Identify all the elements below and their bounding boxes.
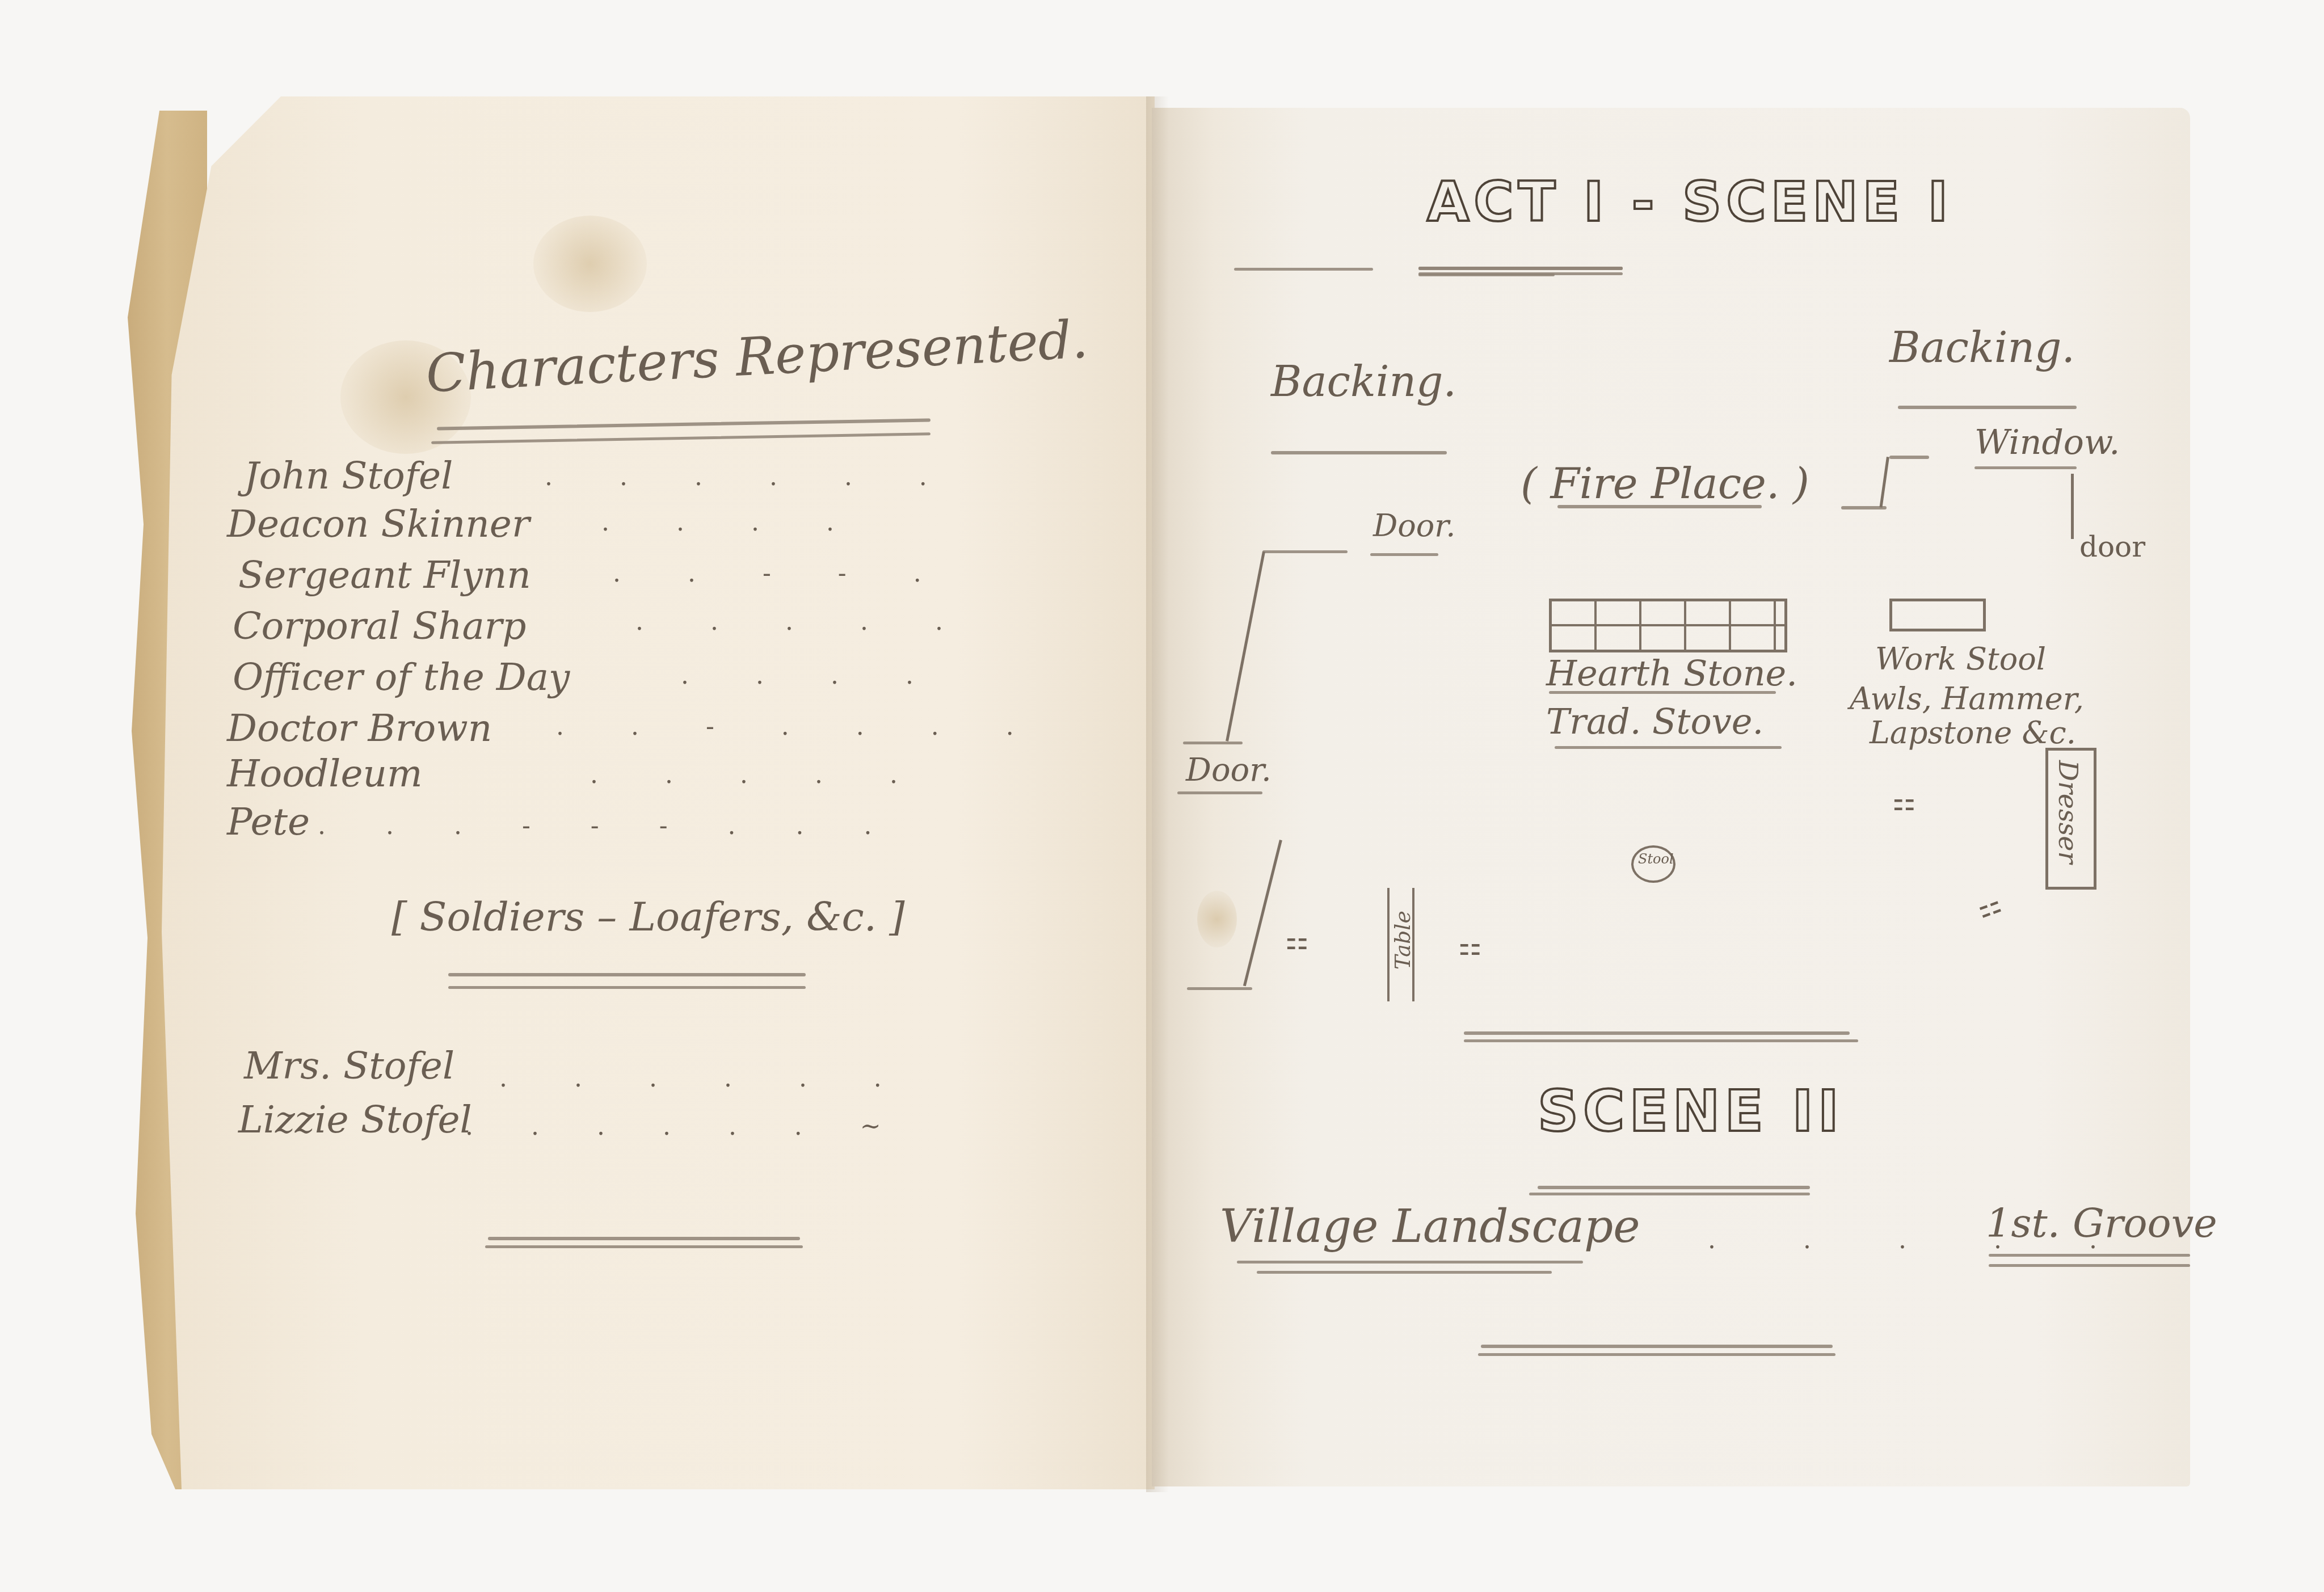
dot-leader: . . . . . <box>590 760 927 789</box>
character-name: Lizzie Stofel <box>238 1098 472 1142</box>
dot-leader: . . . . . . <box>545 462 957 491</box>
door-left-underline <box>1177 791 1262 794</box>
character-name: Deacon Skinner <box>227 502 529 546</box>
label-backing-right: Backing. <box>1889 323 2075 372</box>
set-underline <box>1237 1261 1583 1264</box>
scene2-title: SCENE II <box>1538 1078 1843 1144</box>
end-divider <box>488 1237 800 1240</box>
end-divider <box>485 1245 803 1248</box>
right-page <box>1152 108 2190 1486</box>
stove-underline <box>1555 746 1782 749</box>
character-name: Corporal Sharp <box>233 604 527 648</box>
hearth-underline <box>1549 691 1776 694</box>
door-underline <box>1370 553 1438 556</box>
character-name: Officer of the Day <box>233 655 570 699</box>
dot-leader: . . . - - - . . . <box>318 811 898 840</box>
character-name: Pete <box>227 800 310 844</box>
character-name: Doctor Brown <box>227 706 492 750</box>
open-manuscript-book: Characters Represented. John Stofel . . … <box>0 0 2324 1592</box>
right-door-wall <box>2071 474 2074 539</box>
act-title: ACT I - SCENE I <box>1427 170 1952 234</box>
scene2-groove: 1st. Groove <box>1986 1200 2217 1246</box>
character-name: Hoodleum <box>227 752 423 795</box>
water-stain <box>533 216 647 312</box>
chair-icon: ⚏ <box>1892 786 1915 816</box>
label-table: Table <box>1390 911 1415 970</box>
window-line <box>1974 466 2077 469</box>
dot-leader: . . - . . . . <box>556 712 1043 741</box>
act-underline <box>1418 267 1623 270</box>
label-hearth-stone: Hearth Stone. <box>1546 652 1797 694</box>
label-work-stool: Work Stool <box>1875 641 2046 677</box>
label-trad-stove: Trad. Stove. <box>1546 701 1763 742</box>
backing-left-line <box>1271 451 1447 454</box>
dot-leader: . . . . <box>681 661 943 690</box>
label-door-right: door <box>2079 530 2145 563</box>
label-fire-place: ( Fire Place. ) <box>1521 460 1809 508</box>
extras-note: [ Soldiers – Loafers, &c. ] <box>391 894 904 940</box>
dot-leader: . . . . . . <box>499 1064 911 1093</box>
scene2-underline <box>1529 1193 1810 1195</box>
set-underline <box>1257 1271 1552 1274</box>
end-divider <box>1481 1345 1833 1348</box>
label-stool: Stool <box>1638 851 1674 867</box>
label-door-top-left: Door. <box>1373 508 1455 544</box>
fire-place-underline <box>1557 505 1762 508</box>
label-awls-hammer: Awls, Hammer, <box>1850 681 2084 717</box>
backing-right-line <box>1898 406 2077 409</box>
character-name: John Stofel <box>244 454 453 498</box>
groove-underline <box>1989 1254 2190 1257</box>
dot-leader: . . . . . . ~ <box>465 1112 906 1141</box>
left-wall-top <box>1262 550 1348 553</box>
act-underline <box>1418 273 1555 276</box>
chair-icon: ⚏ <box>1458 930 1481 961</box>
work-stool-box-icon <box>1889 599 1986 631</box>
act-underline <box>1234 268 1373 271</box>
dot-leader: . . . . <box>601 508 864 537</box>
wall-segment <box>1889 456 1929 459</box>
character-name: Mrs. Stofel <box>244 1044 454 1088</box>
scene-divider <box>1464 1031 1850 1035</box>
label-lapstone: Lapstone &c. <box>1870 715 2076 751</box>
scene-divider <box>1464 1039 1858 1042</box>
divider <box>448 973 806 976</box>
divider <box>448 986 806 989</box>
groove-underline <box>1989 1264 2190 1267</box>
label-backing-left: Backing. <box>1271 357 1456 406</box>
lower-left-wall-base <box>1187 987 1252 990</box>
left-wall-bottom <box>1183 742 1243 744</box>
gutter-shadow <box>1146 96 1169 1492</box>
dot-leader: . . . . . <box>635 607 972 636</box>
label-door-left: Door. <box>1186 752 1272 789</box>
label-dresser: Dresser <box>2053 760 2083 864</box>
scene2-underline <box>1538 1186 1810 1189</box>
dot-leader: . . - - . <box>613 559 951 588</box>
scene2-set-name: Village Landscape <box>1220 1200 1640 1253</box>
end-divider <box>1478 1353 1835 1356</box>
label-window: Window. <box>1974 423 2120 462</box>
character-name: Sergeant Flynn <box>238 553 531 597</box>
chair-icon: ⚏ <box>1285 925 1308 955</box>
hearth-brick-icon <box>1549 599 1787 652</box>
ink-stain <box>1197 891 1237 947</box>
